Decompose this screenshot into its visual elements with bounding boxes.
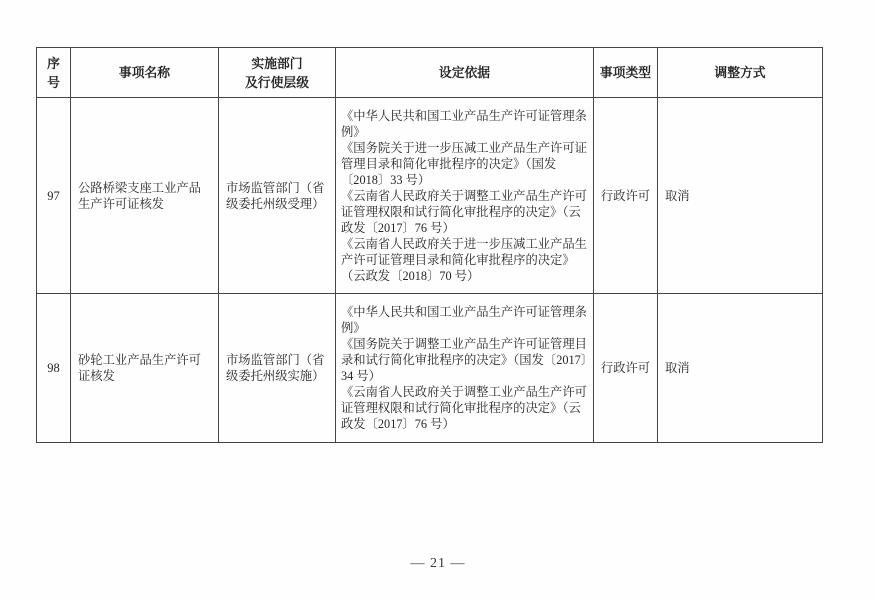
page-number: — 21 — bbox=[0, 556, 876, 572]
item-type: 行政许可 bbox=[594, 294, 658, 443]
column-header-basis: 设定依据 bbox=[336, 48, 594, 98]
legal-basis: 《中华人民共和国工业产品生产许可证管理条例》 《国务院关于进一步压减工业产品生产… bbox=[336, 98, 594, 294]
basis-item: 《中华人民共和国工业产品生产许可证管理条例》 bbox=[341, 108, 588, 140]
column-header-department-line2: 及行使层级 bbox=[221, 73, 333, 92]
implementing-department: 市场监管部门（省级委托州级受理） bbox=[219, 98, 336, 294]
column-header-index-label: 序号 bbox=[46, 54, 61, 92]
item-name: 公路桥梁支座工业产品生产许可证核发 bbox=[71, 98, 219, 294]
column-header-department-line1: 实施部门 bbox=[221, 54, 333, 73]
basis-item: 《国务院关于调整工业产品生产许可证管理目录和试行简化审批程序的决定》（国发〔20… bbox=[341, 336, 588, 384]
column-header-name: 事项名称 bbox=[71, 48, 219, 98]
row-index: 97 bbox=[37, 98, 71, 294]
basis-item: 《国务院关于进一步压减工业产品生产许可证管理目录和简化审批程序的决定》（国发〔2… bbox=[341, 140, 588, 188]
column-header-adjustment: 调整方式 bbox=[658, 48, 823, 98]
adjustment-method: 取消 bbox=[658, 98, 823, 294]
legal-basis: 《中华人民共和国工业产品生产许可证管理条例》 《国务院关于调整工业产品生产许可证… bbox=[336, 294, 594, 443]
column-header-index: 序号 bbox=[37, 48, 71, 98]
column-header-type: 事项类型 bbox=[594, 48, 658, 98]
table-row: 97 公路桥梁支座工业产品生产许可证核发 市场监管部门（省级委托州级受理） 《中… bbox=[37, 98, 823, 294]
adjustment-method: 取消 bbox=[658, 294, 823, 443]
document-page: { "page": { "number_label": "— 21 —" }, … bbox=[0, 0, 876, 600]
approval-items-table: 序号 事项名称 实施部门 及行使层级 设定依据 事项类型 调整方式 97 公路桥… bbox=[36, 47, 823, 443]
implementing-department: 市场监管部门（省级委托州级实施） bbox=[219, 294, 336, 443]
basis-item: 《中华人民共和国工业产品生产许可证管理条例》 bbox=[341, 304, 588, 336]
item-name: 砂轮工业产品生产许可证核发 bbox=[71, 294, 219, 443]
basis-item: 《云南省人民政府关于进一步压减工业产品生产许可证管理目录和简化审批程序的决定》（… bbox=[341, 236, 588, 284]
basis-item: 《云南省人民政府关于调整工业产品生产许可证管理权限和试行简化审批程序的决定》（云… bbox=[341, 188, 588, 236]
item-type: 行政许可 bbox=[594, 98, 658, 294]
row-index: 98 bbox=[37, 294, 71, 443]
table-row: 98 砂轮工业产品生产许可证核发 市场监管部门（省级委托州级实施） 《中华人民共… bbox=[37, 294, 823, 443]
column-header-department: 实施部门 及行使层级 bbox=[219, 48, 336, 98]
table-header-row: 序号 事项名称 实施部门 及行使层级 设定依据 事项类型 调整方式 bbox=[37, 48, 823, 98]
basis-item: 《云南省人民政府关于调整工业产品生产许可证管理权限和试行简化审批程序的决定》（云… bbox=[341, 384, 588, 432]
